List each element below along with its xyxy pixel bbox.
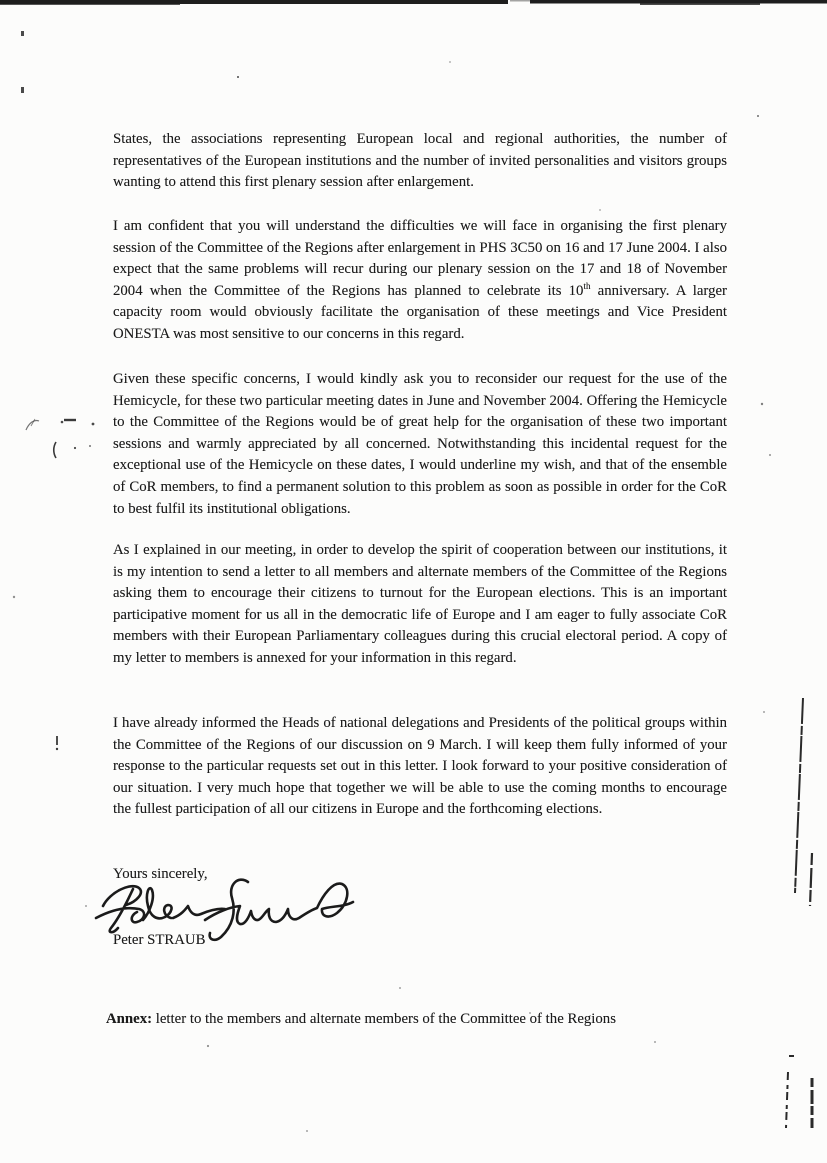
scanned-letter-page: States, the associations representing Eu… <box>0 0 827 1163</box>
annex-note: Annex: letter to the members and alterna… <box>106 1009 746 1031</box>
paragraph-attendance: States, the associations representing Eu… <box>113 129 727 194</box>
left-margin-marks <box>26 419 76 750</box>
signer-name: Peter STRAUB <box>113 930 205 952</box>
top-scan-edge <box>0 0 827 5</box>
paragraph-informed-heads: I have already informed the Heads of nat… <box>113 713 727 821</box>
paragraph-plenary-difficulties: I am confident that you will understand … <box>113 216 727 346</box>
annex-label: Annex: <box>106 1011 152 1027</box>
right-crease-lines <box>786 698 812 1128</box>
paragraph-hemicycle-request: Given these specific concerns, I would k… <box>113 369 727 520</box>
annex-text: letter to the members and alternate memb… <box>156 1011 616 1027</box>
paragraph-cooperation-letter: As I explained in our meeting, in order … <box>113 540 727 670</box>
